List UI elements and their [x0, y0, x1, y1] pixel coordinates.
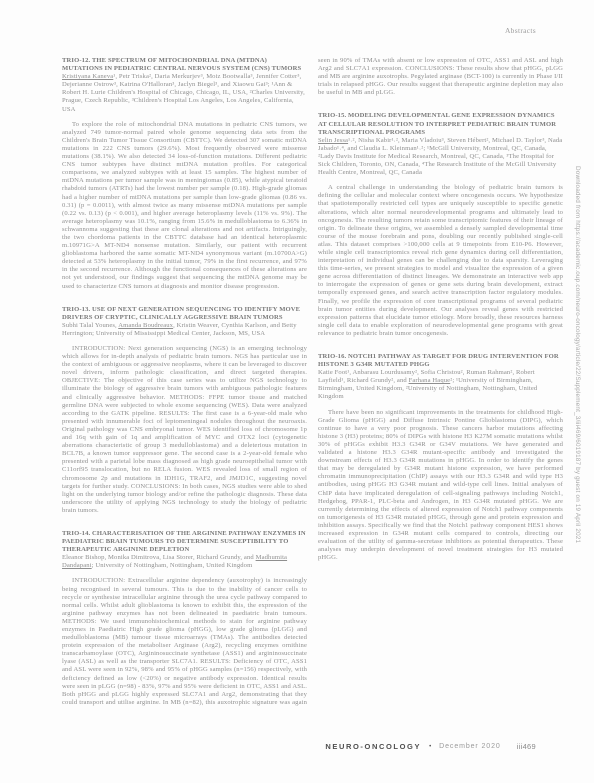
download-provenance-note: Downloaded from https://academic.oup.com…: [574, 166, 581, 543]
abstract-title: TRIO-15. MODELING DEVELOPMENTAL GENE EXP…: [318, 112, 563, 136]
abstract-body: INTRODUCTION: Next generation sequencing…: [62, 345, 307, 515]
abstract-authors: Kristiyana Kaneva¹, Petr Triska², Daria …: [62, 73, 307, 113]
page-header: Abstracts: [505, 26, 536, 35]
footer-bullet: •: [429, 744, 431, 750]
abstract-title: TRIO-14. CHARACTERISATION OF THE ARGININ…: [62, 530, 307, 554]
page-number: iii469: [517, 742, 536, 751]
abstracts-columns: TRIO-12. THE SPECTRUM OF MITOCHONDRIAL D…: [62, 57, 563, 713]
abstract-trio-12: TRIO-12. THE SPECTRUM OF MITOCHONDRIAL D…: [62, 57, 307, 291]
abstract-title: TRIO-12. THE SPECTRUM OF MITOCHONDRIAL D…: [62, 57, 307, 73]
journal-page: Abstracts TRIO-12. THE SPECTRUM OF MITOC…: [0, 0, 594, 783]
abstract-trio-15: TRIO-15. MODELING DEVELOPMENTAL GENE EXP…: [318, 112, 563, 338]
journal-name: NEURO-ONCOLOGY: [325, 742, 421, 751]
abstract-authors: Eleanor Bishop, Monika Dimitrova, Lisa S…: [62, 554, 307, 570]
abstract-title: TRIO-13. USE OF NEXT GENERATION SEQUENCI…: [62, 306, 307, 322]
abstract-trio-13: TRIO-13. USE OF NEXT GENERATION SEQUENCI…: [62, 306, 307, 515]
issue-date: December 2020: [439, 743, 501, 750]
abstract-body: A central challenge in understanding the…: [318, 184, 563, 338]
abstract-body: There have been no significant improveme…: [318, 409, 563, 563]
abstract-authors: Katie Foot¹, Anbarasu Lourdusamy², Sofia…: [318, 369, 563, 401]
abstract-authors: Selin Jessa¹˒², Nisha Kabir¹˒², Maria Vl…: [318, 137, 563, 177]
abstract-trio-16: TRIO-16. NOTCH1 PATHWAY AS TARGET FOR DR…: [318, 353, 563, 562]
abstract-authors: Subhi Talal Younes, Amanda Boudreaux, Kr…: [62, 322, 307, 338]
abstract-body: To explore the role of mitochondrial DNA…: [62, 121, 307, 291]
page-footer: NEURO-ONCOLOGY • December 2020 iii469: [325, 742, 536, 751]
abstract-title: TRIO-16. NOTCH1 PATHWAY AS TARGET FOR DR…: [318, 353, 563, 369]
